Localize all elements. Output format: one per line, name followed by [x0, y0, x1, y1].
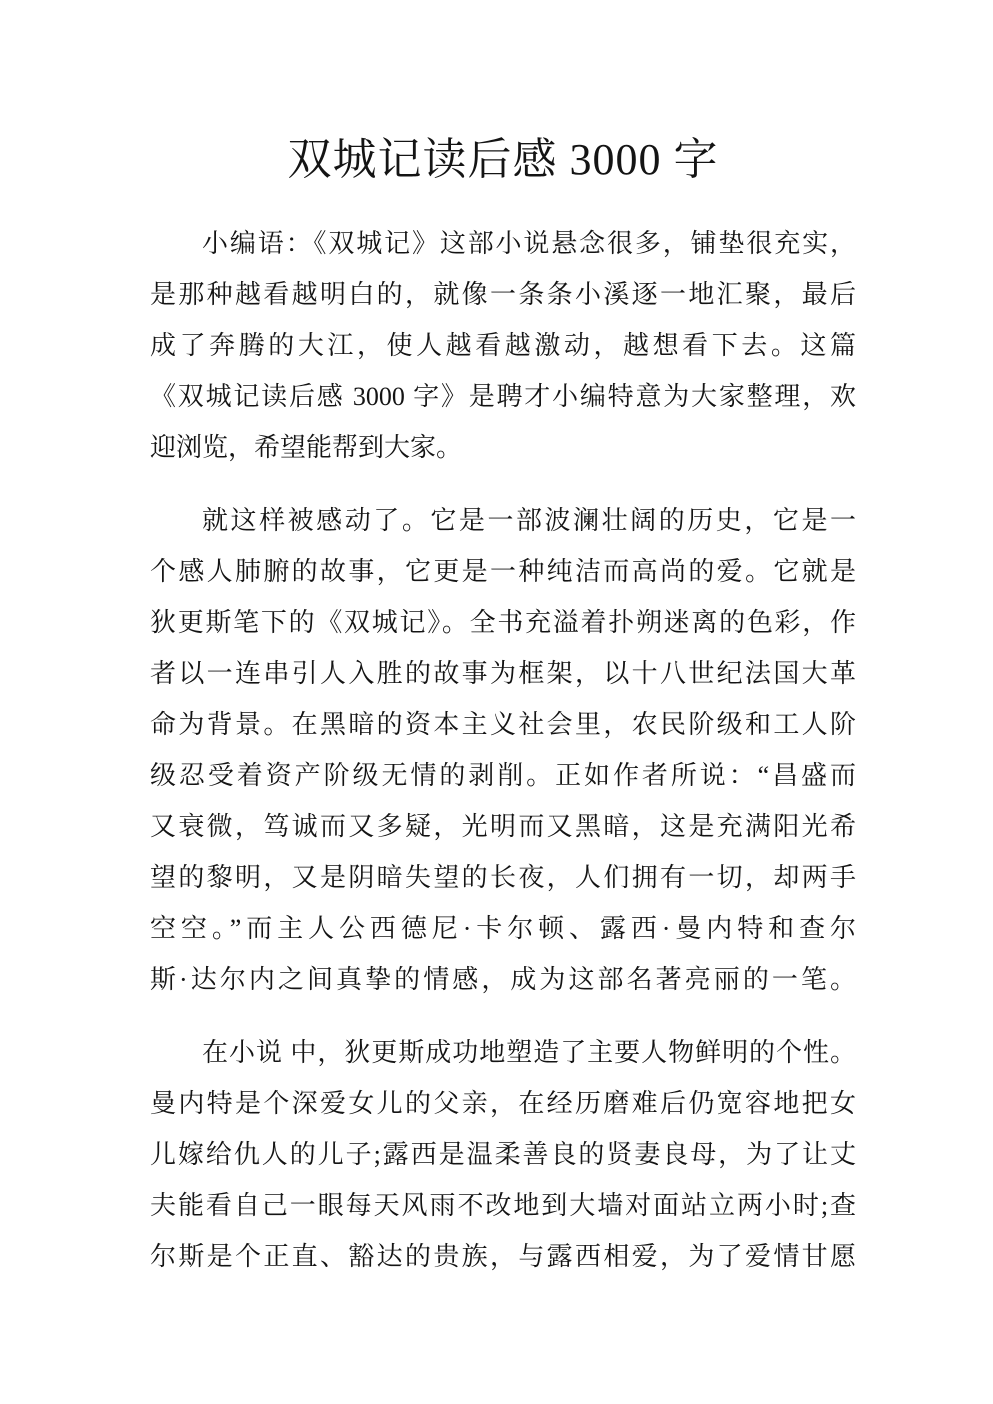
text-line: 尔斯是个正直、豁达的贵族，与露西相爱，为了爱情甘愿 [150, 1231, 856, 1282]
text-line: 又衰微，笃诚而又多疑，光明而又黑暗，这是充满阳光希 [150, 801, 856, 852]
text-line: 《双城记读后感 3000 字》是聘才小编特意为大家整理，欢 [150, 371, 856, 422]
paragraph-characters: 在小说 中，狄更斯成功地塑造了主要人物鲜明的个性。 曼内特是个深爱女儿的父亲，在… [150, 1027, 856, 1282]
text-line: 曼内特是个深爱女儿的父亲，在经历磨难后仍宽容地把女 [150, 1078, 856, 1129]
text-line: 个感人肺腑的故事，它更是一种纯洁而高尚的爱。它就是 [150, 546, 856, 597]
text-line: 成了奔腾的大江，使人越看越激动，越想看下去。这篇 [150, 320, 856, 371]
document-page: 双城记读后感 3000 字 小编语：《双城记》这部小说悬念很多，铺垫很充实， 是… [0, 0, 993, 1404]
text-line: 狄更斯笔下的《双城记》。全书充溢着扑朔迷离的色彩，作 [150, 597, 856, 648]
text-line: 级忍受着资产阶级无情的剥削。正如作者所说：“昌盛而 [150, 750, 856, 801]
paragraph-review: 就这样被感动了。它是一部波澜壮阔的历史，它是一 个感人肺腑的故事，它更是一种纯洁… [150, 495, 856, 1005]
document-title: 双城记读后感 3000 字 [150, 138, 856, 182]
text-line: 空空。”而主人公西德尼·卡尔顿、露西·曼内特和查尔 [150, 903, 856, 954]
text-line: 就这样被感动了。它是一部波澜壮阔的历史，它是一 [150, 495, 856, 546]
document-body: 小编语：《双城记》这部小说悬念很多，铺垫很充实， 是那种越看越明白的，就像一条条… [150, 218, 856, 1282]
text-line: 在小说 中，狄更斯成功地塑造了主要人物鲜明的个性。 [150, 1027, 856, 1078]
text-line: 者以一连串引人入胜的故事为框架，以十八世纪法国大革 [150, 648, 856, 699]
text-line: 望的黎明，又是阴暗失望的长夜，人们拥有一切，却两手 [150, 852, 856, 903]
text-line: 是那种越看越明白的，就像一条条小溪逐一地汇聚，最后 [150, 269, 856, 320]
text-line: 夫能看自己一眼每天风雨不改地到大墙对面站立两小时;查 [150, 1180, 856, 1231]
text-line: 命为背景。在黑暗的资本主义社会里，农民阶级和工人阶 [150, 699, 856, 750]
text-line: 小编语：《双城记》这部小说悬念很多，铺垫很充实， [150, 218, 856, 269]
text-line: 斯·达尔内之间真挚的情感，成为这部名著亮丽的一笔。 [150, 954, 856, 1005]
paragraph-intro: 小编语：《双城记》这部小说悬念很多，铺垫很充实， 是那种越看越明白的，就像一条条… [150, 218, 856, 473]
text-line: 迎浏览，希望能帮到大家。 [150, 422, 856, 473]
text-line: 儿嫁给仇人的儿子;露西是温柔善良的贤妻良母，为了让丈 [150, 1129, 856, 1180]
